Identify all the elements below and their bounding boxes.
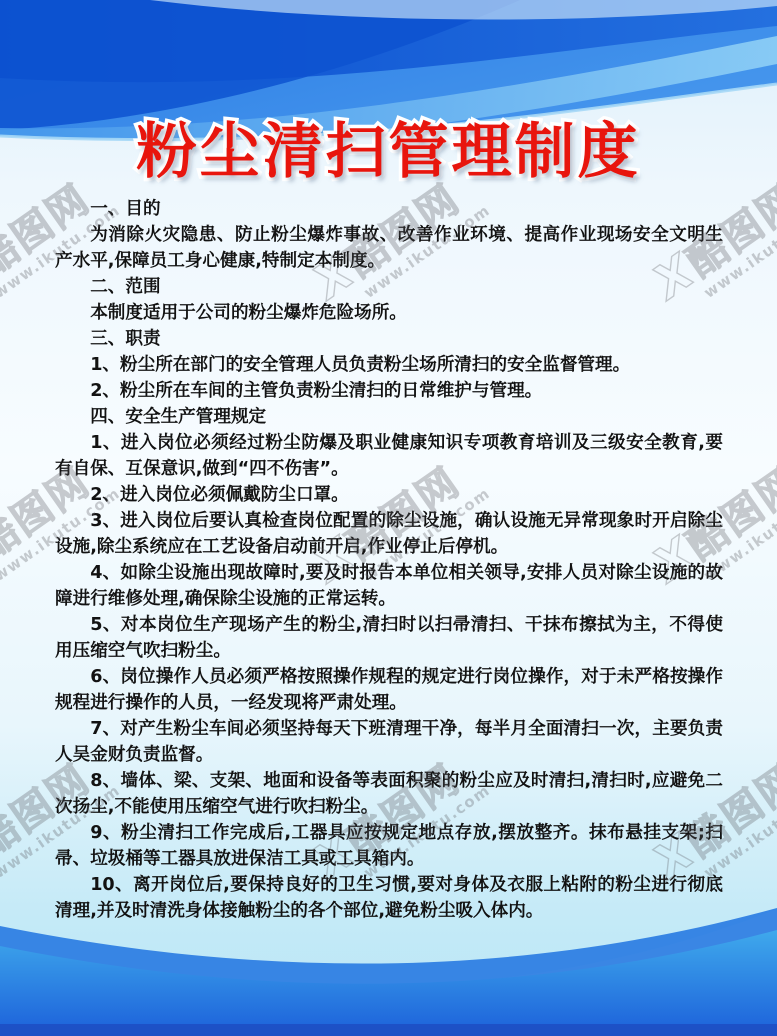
regulation-paragraph: 1、粉尘所在部门的安全管理人员负责粉尘场所清扫的安全监督管理。 (55, 352, 723, 378)
regulation-paragraph: 8、墙体、梁、支架、地面和设备等表面积聚的粉尘应及时清扫,清扫时,应避免二次扬尘… (55, 768, 723, 820)
poster-title: 粉尘清扫管理制度 (0, 104, 777, 190)
regulation-paragraph: 为消除火灾隐患、防止粉尘爆炸事故、改善作业环境、提高作业现场安全文明生产水平,保… (55, 222, 723, 274)
regulation-paragraph: 1、进入岗位必须经过粉尘防爆及职业健康知识专项教育培训及三级安全教育,要有自保、… (55, 430, 723, 482)
regulation-paragraph: 2、粉尘所在车间的主管负责粉尘清扫的日常维护与管理。 (55, 378, 723, 404)
regulation-paragraph: 3、进入岗位后要认真检查岗位配置的除尘设施，确认设施无异常现象时开启除尘设施,除… (55, 508, 723, 560)
regulation-paragraph: 7、对产生粉尘车间必须坚持每天下班清理干净，每半月全面清扫一次，主要负责人吴金财… (55, 716, 723, 768)
regulation-paragraph: 2、进入岗位必须佩戴防尘口罩。 (55, 482, 723, 508)
regulation-paragraph: 6、岗位操作人员必须严格按照操作规程的规定进行岗位操作，对于未严格按操作规程进行… (55, 664, 723, 716)
regulation-paragraph: 本制度适用于公司的粉尘爆炸危险场所。 (55, 300, 723, 326)
regulation-paragraph: 一、目的 (55, 196, 723, 222)
regulation-paragraph: 4、如除尘设施出现故障时,要及时报告本单位相关领导,安排人员对除尘设施的故障进行… (55, 560, 723, 612)
regulation-paragraph: 三、职责 (55, 326, 723, 352)
regulation-paragraph: 10、离开岗位后,要保持良好的卫生习惯,要对身体及衣服上粘附的粉尘进行彻底清理,… (55, 872, 723, 924)
regulation-paragraph: 四、安全生产管理规定 (55, 404, 723, 430)
regulation-body: 一、目的为消除火灾隐患、防止粉尘爆炸事故、改善作业环境、提高作业现场安全文明生产… (55, 196, 723, 924)
regulation-paragraph: 9、粉尘清扫工作完成后,工器具应按规定地点存放,摆放整齐。抹布悬挂支架;扫帚、垃… (55, 820, 723, 872)
regulation-paragraph: 二、范围 (55, 274, 723, 300)
regulation-paragraph: 5、对本岗位生产现场产生的粉尘,清扫时以扫帚清扫、干抹布擦拭为主，不得使用压缩空… (55, 612, 723, 664)
dust-cleaning-regulation-poster: 粉尘清扫管理制度 一、目的为消除火灾隐患、防止粉尘爆炸事故、改善作业环境、提高作… (0, 0, 777, 1036)
